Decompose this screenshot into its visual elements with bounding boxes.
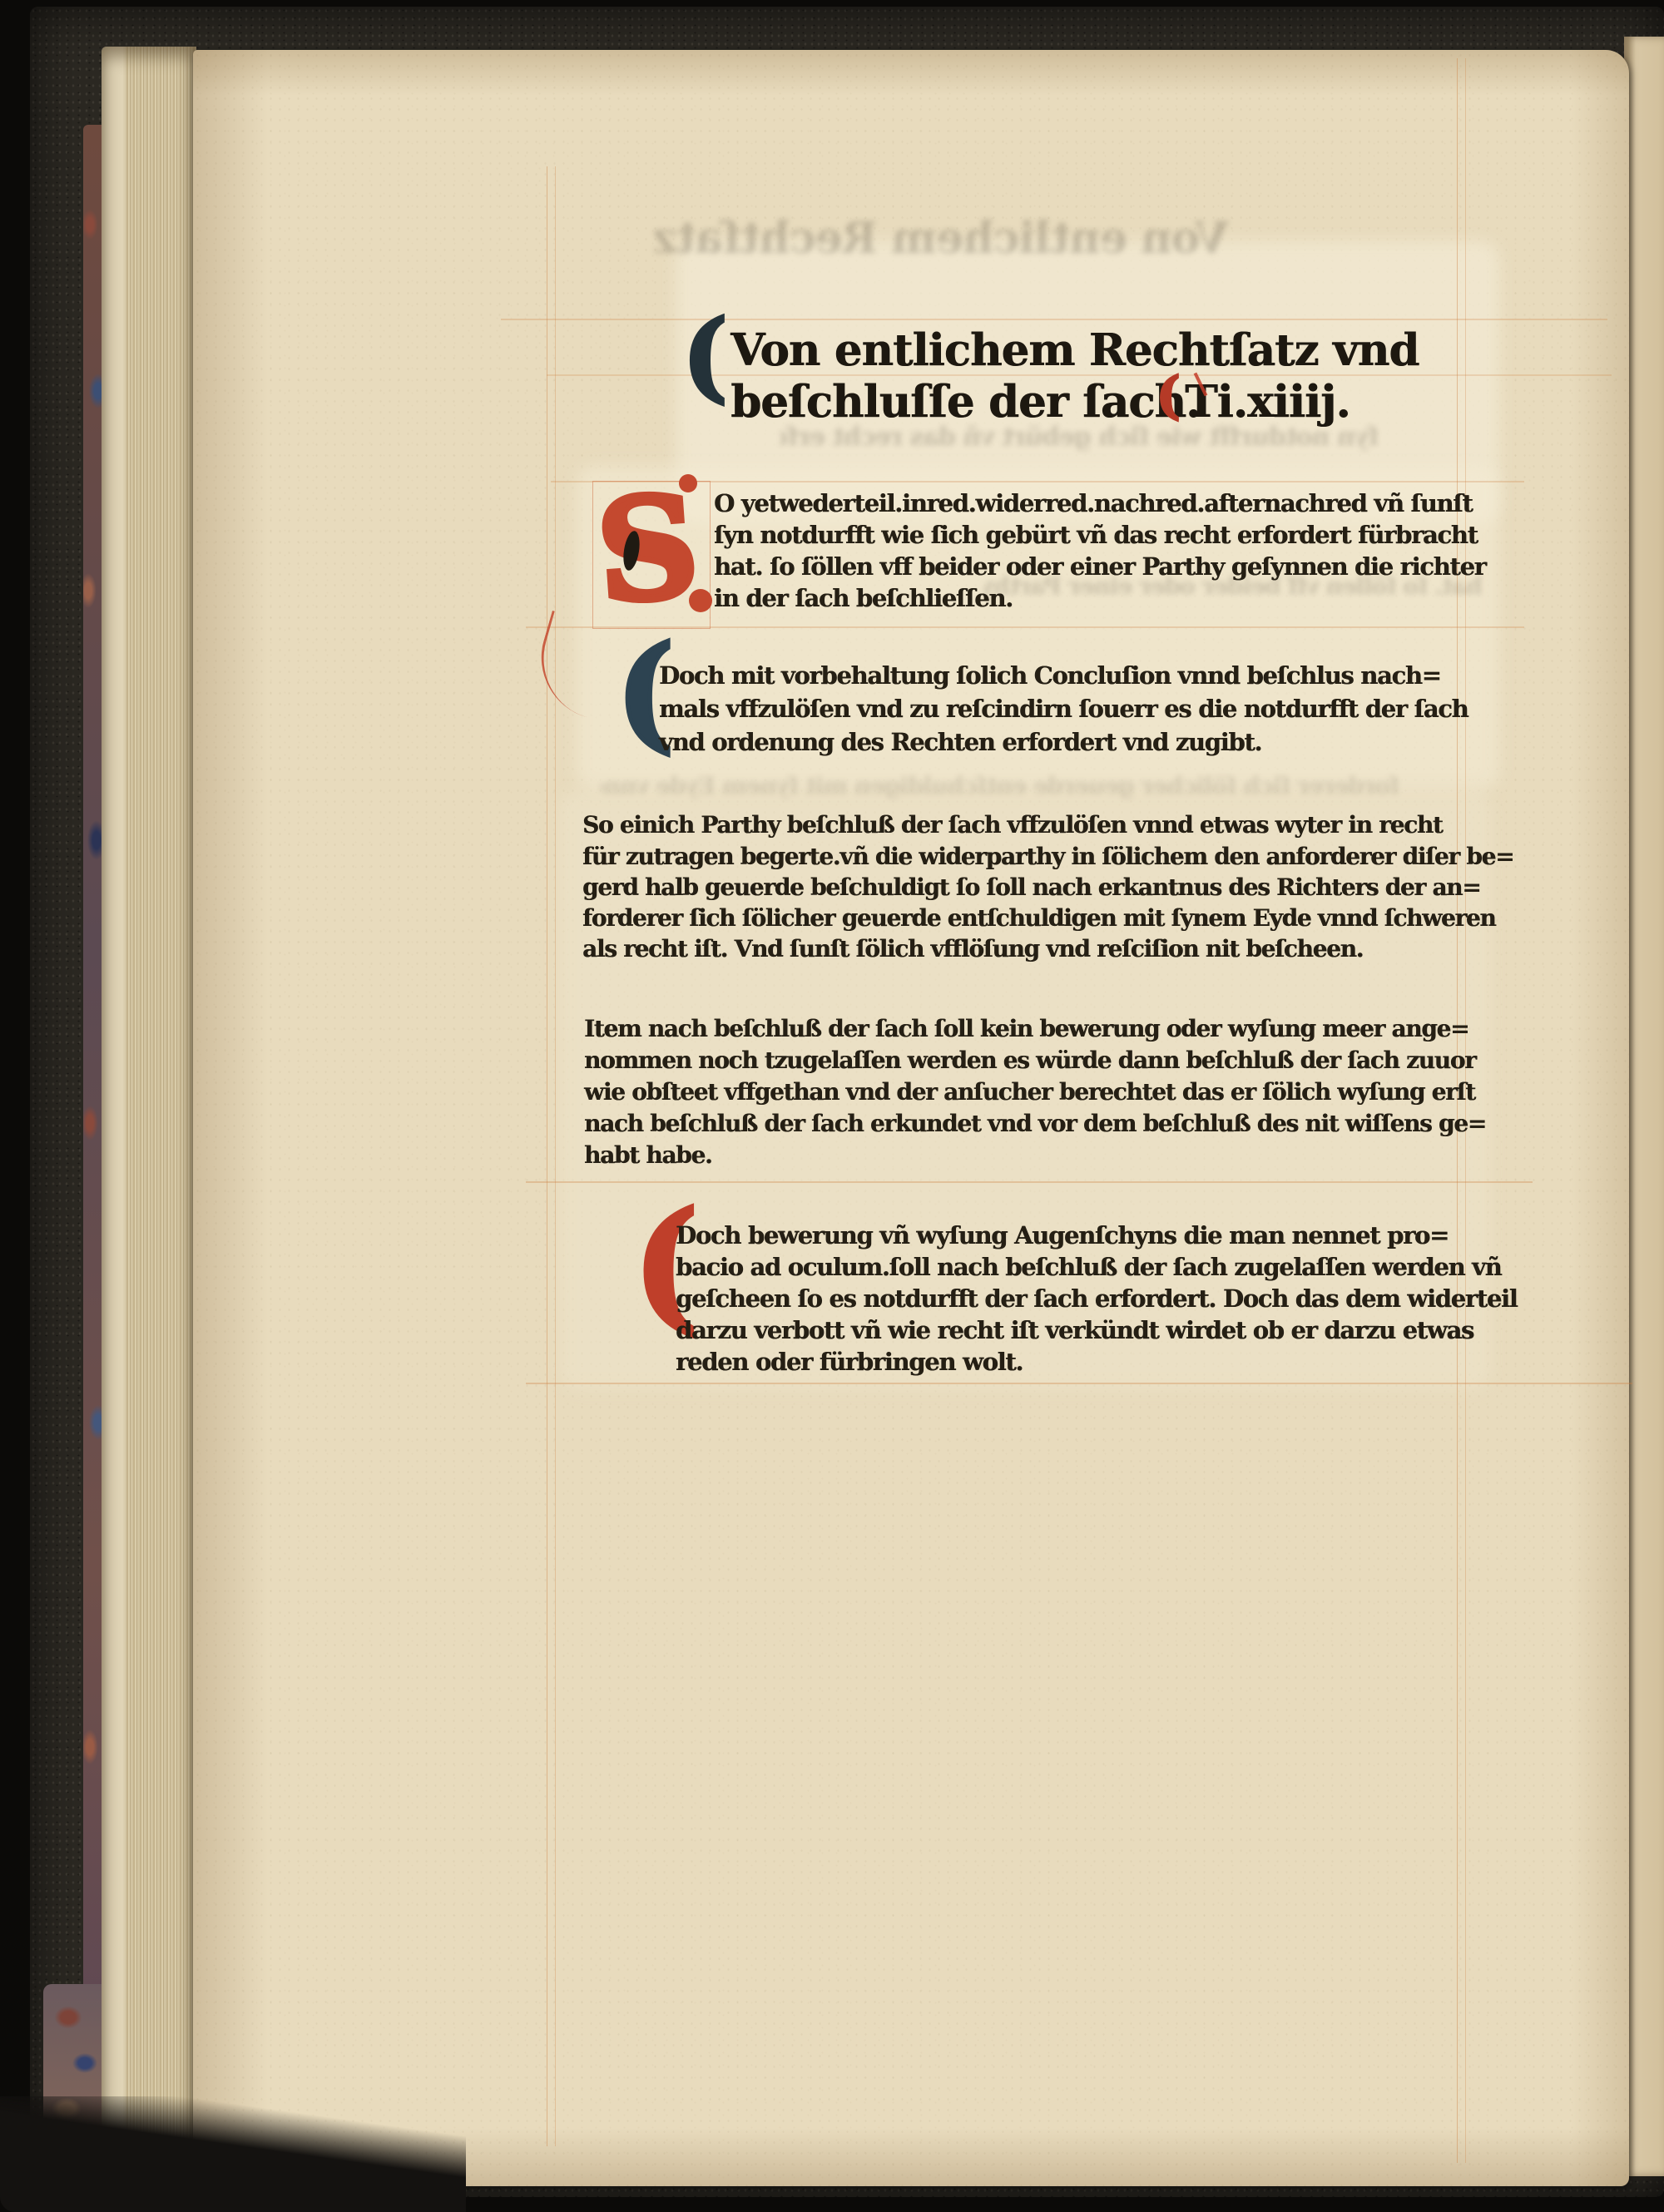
text-line: vnd ordenung des Rechten erfordert vnd z…: [659, 728, 1261, 756]
chapter-number: Ti.xiiij.: [1185, 376, 1350, 428]
text-line: hat. ſo ſöllen vff beider oder einer Par…: [714, 552, 1486, 581]
text-line: forderer ſich ſölicher geuerde entſchuld…: [582, 904, 1495, 932]
adjacent-page-fold: [1624, 37, 1664, 2176]
text-line: gerd halb geuerde beſchuldigt ſo ſoll na…: [582, 873, 1480, 901]
text-line: Item nach beſchluß der ſach ſoll kein be…: [584, 1015, 1468, 1042]
text-line: So einich Parthy beſchluß der ſach vffzu…: [582, 811, 1443, 839]
text-line: als recht iſt. Vnd ſunſt ſölich vfflöſun…: [582, 935, 1363, 962]
ruling-line-vertical-left: [547, 166, 556, 2146]
page-edge-stack: [102, 47, 196, 2186]
text-line: Doch bewerung vñ wyſung Augenſchyns die …: [676, 1221, 1449, 1250]
text-line: wie obſteet vffgethan vnd der anſucher b…: [584, 1078, 1475, 1106]
text-line: nommen noch tzugelaſſen werden es würde …: [584, 1047, 1476, 1074]
chapter-capitulum-icon: (: [1156, 376, 1180, 416]
drop-cap-initial-s: S: [592, 476, 703, 622]
text-line: geſcheen ſo es notdurfft der ſach erford…: [676, 1284, 1517, 1313]
text-line: mals vffzulöſen vnd zu reſcindirn ſouerr…: [659, 695, 1468, 723]
text-line: für zutragen begerte.vñ die widerparthy …: [582, 843, 1513, 870]
heading-capitulum-icon: (: [682, 318, 728, 395]
text-line: bacio ad oculum.ſoll nach beſchluß der ſ…: [676, 1253, 1501, 1281]
text-line: darzu verbott vñ wie recht iſt verkündt …: [676, 1316, 1473, 1344]
rubric-dot-icon: [679, 474, 697, 492]
page: Von entlichem Rechtſatz vnd ſyn notdurff…: [193, 50, 1629, 2186]
show-through-ghost-band: forderer ſich ſölicher geuerde entſchuld…: [601, 772, 1399, 805]
text-line: ſyn notdurfft wie ſich gebürt vñ das rec…: [714, 521, 1478, 549]
text-line: reden oder fürbringen wolt.: [676, 1348, 1023, 1376]
show-through-ghost-header: Von entlichem Rechtſatz vnd: [655, 213, 1229, 273]
paragraph-capitulum-icon: (: [616, 642, 675, 742]
heading-line-1: Von entlichem Rechtſatz vnd: [730, 324, 1419, 376]
heading-line-2: beſchluſſe der ſach.: [730, 376, 1200, 428]
show-through-ghost-band: ſyn notdurfft wie ſich gebürt vñ das rec…: [780, 423, 1379, 459]
ruling-line-horizontal: [526, 1383, 1632, 1384]
text-line: Doch mit vorbehaltung ſolich Concluſion …: [659, 661, 1441, 690]
text-line: nach beſchluß der ſach erkundet vnd vor …: [584, 1110, 1486, 1137]
text-line: habt habe.: [584, 1141, 711, 1169]
book-page-scan: Von entlichem Rechtſatz vnd ſyn notdurff…: [0, 0, 1664, 2212]
worn-corner-leather: [0, 2096, 466, 2212]
text-line: in der ſach beſchlieſſen.: [714, 584, 1013, 612]
rubric-dot-icon: [689, 589, 712, 612]
text-line: O yetwederteil.inred.widerred.nachred.af…: [714, 489, 1472, 517]
ruling-line-horizontal: [501, 319, 1607, 320]
